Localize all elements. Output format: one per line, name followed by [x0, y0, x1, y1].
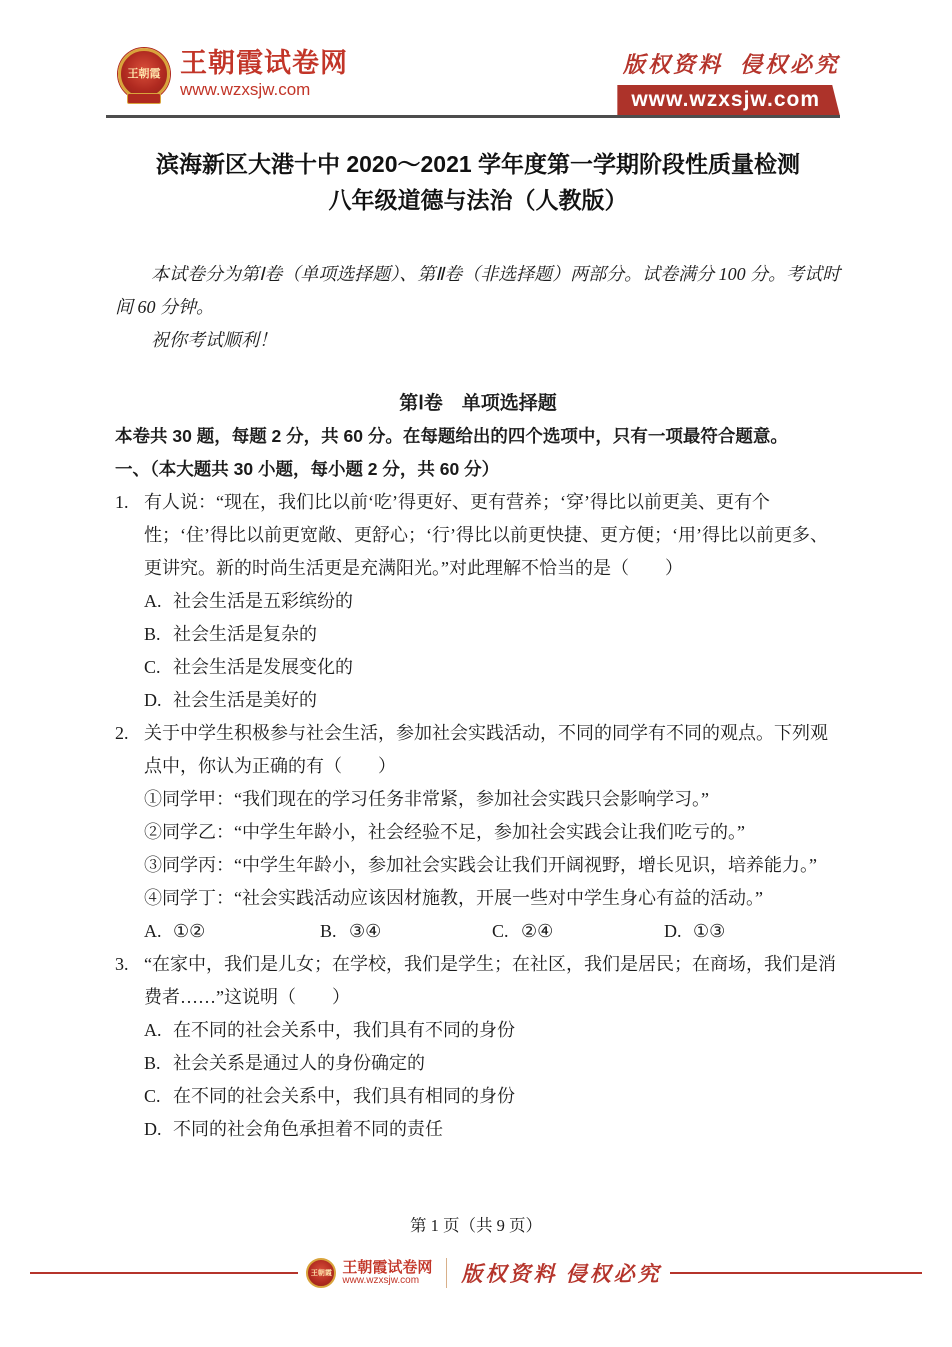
option-label: D.: [664, 915, 693, 948]
option-label: B.: [320, 915, 349, 948]
question-body: 关于中学生积极参与社会生活，参加社会实践活动，不同的同学有不同的观点。下列观点中…: [144, 717, 841, 948]
option-text: 在不同的社会关系中，我们具有相同的身份: [173, 1086, 515, 1106]
question-body: “在家中，我们是儿女；在学校，我们是学生；在社区，我们是居民；在商场，我们是消费…: [144, 948, 841, 1146]
question: 2. 关于中学生积极参与社会生活，参加社会实践活动，不同的同学有不同的观点。下列…: [115, 717, 841, 948]
page-number: 第 1 页（共 9 页）: [0, 1212, 952, 1236]
intro-wish: 祝你考试顺利！: [115, 324, 841, 357]
seal-icon: 王朝霞: [118, 48, 170, 100]
site-name: 王朝霞试卷网: [180, 49, 348, 79]
option-text: 不同的社会角色承担着不同的责任: [173, 1119, 443, 1139]
paper-content: 滨海新区大港十中 2020～2021 学年度第一学期阶段性质量检测 八年级道德与…: [115, 146, 841, 1146]
option-label: A.: [144, 585, 173, 618]
option: C.在不同的社会关系中，我们具有相同的身份: [144, 1080, 841, 1113]
option-label: A.: [144, 915, 173, 948]
option-text: 社会关系是通过人的身份确定的: [173, 1053, 425, 1073]
intro-block: 本试卷分为第Ⅰ卷（单项选择题）、第Ⅱ卷（非选择题）两部分。试卷满分 100 分。…: [115, 258, 841, 357]
site-logo: 王朝霞 王朝霞试卷网 www.wzxsjw.com: [118, 48, 348, 100]
option-text: ②④: [521, 921, 553, 941]
option: A.在不同的社会关系中，我们具有不同的身份: [144, 1014, 841, 1047]
question-stem: 有人说：“现在，我们比以前‘吃’得更好、更有营养；‘穿’得比以前更美、更有个性；…: [144, 486, 841, 585]
question-options: A.①②B.③④C.②④D.①③: [144, 915, 841, 948]
question-number: 1.: [115, 486, 129, 519]
option: A.社会生活是五彩缤纷的: [144, 585, 841, 618]
option: B.社会生活是复杂的: [144, 618, 841, 651]
header-divider: [106, 115, 840, 118]
question-options: A.社会生活是五彩缤纷的B.社会生活是复杂的C.社会生活是发展变化的D.社会生活…: [144, 585, 841, 717]
option: A.①②: [144, 915, 320, 948]
footer-site-url: www.wzxsjw.com: [342, 1276, 432, 1287]
page-header: 王朝霞 王朝霞试卷网 www.wzxsjw.com 版权资料 侵权必究 www.…: [118, 48, 840, 116]
option-label: C.: [144, 1080, 173, 1113]
intro-paragraph: 本试卷分为第Ⅰ卷（单项选择题）、第Ⅱ卷（非选择题）两部分。试卷满分 100 分。…: [115, 258, 841, 324]
option-label: D.: [144, 684, 173, 717]
option: C.社会生活是发展变化的: [144, 651, 841, 684]
option-label: C.: [144, 651, 173, 684]
option-text: 社会生活是五彩缤纷的: [173, 591, 353, 611]
question-number: 3.: [115, 948, 129, 981]
option-text: 在不同的社会关系中，我们具有不同的身份: [173, 1020, 515, 1040]
exam-paper-page: 王朝霞 王朝霞试卷网 www.wzxsjw.com 版权资料 侵权必究 www.…: [0, 0, 952, 1347]
option-label: C.: [492, 915, 521, 948]
footer-seal-icon: 王朝霞: [306, 1258, 336, 1288]
footer-logo-divider: [446, 1258, 447, 1288]
option-text: 社会生活是发展变化的: [173, 657, 353, 677]
option-label: B.: [144, 1047, 173, 1080]
question-stem: 关于中学生积极参与社会生活，参加社会实践活动，不同的同学有不同的观点。下列观点中…: [144, 717, 841, 783]
question-options: A.在不同的社会关系中，我们具有不同的身份B.社会关系是通过人的身份确定的C.在…: [144, 1014, 841, 1146]
question-subitem: ④同学丁：“社会实践活动应该因材施教，开展一些对中学生身心有益的活动。”: [144, 882, 841, 915]
option-label: B.: [144, 618, 173, 651]
option-text: 社会生活是复杂的: [173, 624, 317, 644]
footer-rule-right: [670, 1272, 922, 1274]
footer-brand-text: 王朝霞试卷网 www.wzxsjw.com: [342, 1260, 432, 1286]
question: 1. 有人说：“现在，我们比以前‘吃’得更好、更有营养；‘穿’得比以前更美、更有…: [115, 486, 841, 717]
section-instructions: 本卷共 30 题，每题 2 分，共 60 分。在每题给出的四个选项中，只有一项最…: [115, 420, 841, 453]
seal-text: 王朝霞: [128, 69, 161, 80]
header-right: 版权资料 侵权必究 www.wzxsjw.com: [617, 48, 840, 116]
brand-text: 王朝霞试卷网 www.wzxsjw.com: [180, 49, 348, 99]
option: B.③④: [320, 915, 492, 948]
option: D.社会生活是美好的: [144, 684, 841, 717]
footer-seal-text: 王朝霞: [311, 1270, 332, 1277]
option-text: 社会生活是美好的: [173, 690, 317, 710]
option-label: D.: [144, 1113, 173, 1146]
footer-rule-left: [30, 1272, 298, 1274]
question-body: 有人说：“现在，我们比以前‘吃’得更好、更有营养；‘穿’得比以前更美、更有个性；…: [144, 486, 841, 717]
question-stem: “在家中，我们是儿女；在学校，我们是学生；在社区，我们是居民；在商场，我们是消费…: [144, 948, 841, 1014]
footer-logo: 王朝霞 王朝霞试卷网 www.wzxsjw.com: [306, 1258, 432, 1288]
question-number: 2.: [115, 717, 129, 750]
option-text: ③④: [349, 921, 381, 941]
question-subitems: ①同学甲：“我们现在的学习任务非常紧，参加社会实践只会影响学习。”②同学乙：“中…: [144, 783, 841, 915]
site-url: www.wzxsjw.com: [180, 81, 348, 100]
question-subitem: ②同学乙：“中学生年龄小，社会经验不足，参加社会实践会让我们吃亏的。”: [144, 816, 841, 849]
section-heading: 第Ⅰ卷 单项选择题: [115, 387, 841, 420]
option-label: A.: [144, 1014, 173, 1047]
option-text: ①③: [693, 921, 725, 941]
footer-site-name: 王朝霞试卷网: [342, 1260, 432, 1276]
question-list: 1. 有人说：“现在，我们比以前‘吃’得更好、更有营养；‘穿’得比以前更美、更有…: [115, 486, 841, 1146]
option-text: ①②: [173, 921, 205, 941]
footer-bar: 王朝霞 王朝霞试卷网 www.wzxsjw.com 版权资料 侵权必究: [0, 1258, 952, 1288]
option: D.不同的社会角色承担着不同的责任: [144, 1113, 841, 1146]
paper-title-line1: 滨海新区大港十中 2020～2021 学年度第一学期阶段性质量检测: [115, 146, 841, 182]
option: B.社会关系是通过人的身份确定的: [144, 1047, 841, 1080]
question: 3. “在家中，我们是儿女；在学校，我们是学生；在社区，我们是居民；在商场，我们…: [115, 948, 841, 1146]
copyright-slogan: 版权资料 侵权必究: [617, 48, 840, 79]
option: C.②④: [492, 915, 664, 948]
question-subitem: ③同学丙：“中学生年龄小，参加社会实践会让我们开阔视野，增长见识，培养能力。”: [144, 849, 841, 882]
section-part-title: 一、（本大题共 30 小题，每小题 2 分，共 60 分）: [115, 453, 841, 486]
footer-slogan: 版权资料 侵权必究: [461, 1258, 661, 1288]
paper-title-line2: 八年级道德与法治（人教版）: [115, 182, 841, 218]
url-banner: www.wzxsjw.com: [617, 85, 840, 116]
option: D.①③: [664, 915, 841, 948]
question-subitem: ①同学甲：“我们现在的学习任务非常紧，参加社会实践只会影响学习。”: [144, 783, 841, 816]
paper-title: 滨海新区大港十中 2020～2021 学年度第一学期阶段性质量检测 八年级道德与…: [115, 146, 841, 218]
